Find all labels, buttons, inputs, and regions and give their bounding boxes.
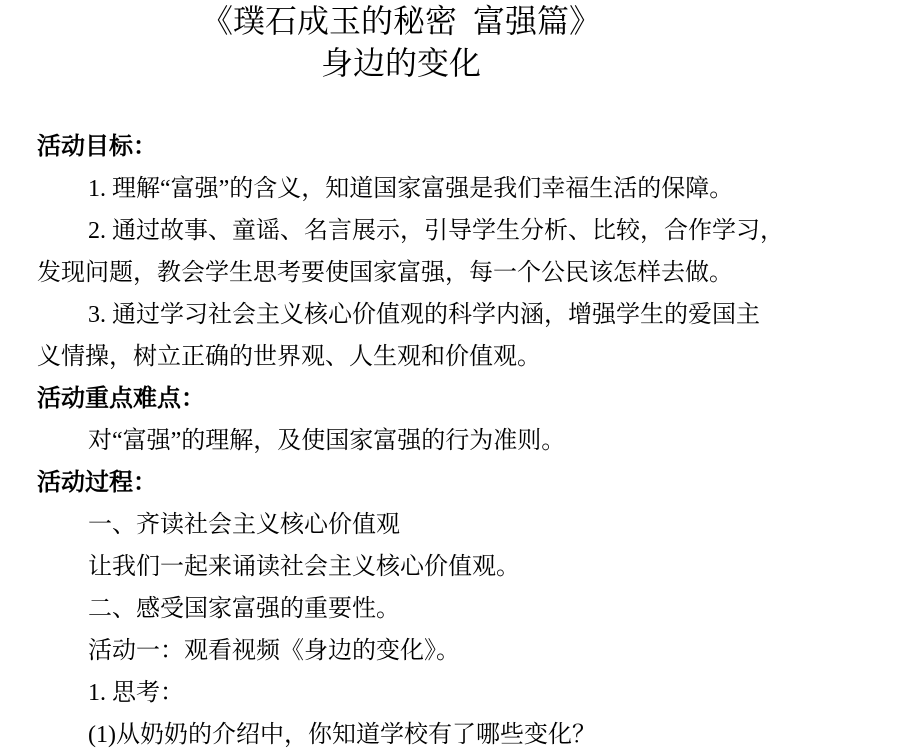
document-title-block: 《璞石成玉的秘密 富强篇》 身边的变化 xyxy=(37,0,765,84)
document-body: 活动目标： 1. 理解“富强”的含义，知道国家富强是我们幸福生活的保障。 2. … xyxy=(37,126,898,754)
document-subtitle: 身边的变化 xyxy=(37,42,765,84)
goal-3-line2: 义情操，树立正确的世界观、人生观和价值观。 xyxy=(37,336,898,378)
process-step-1: 一、齐读社会主义核心价值观 xyxy=(37,504,898,546)
goal-1: 1. 理解“富强”的含义，知道国家富强是我们幸福生活的保障。 xyxy=(37,168,898,210)
heading-key-difficult-points: 活动重点难点： xyxy=(37,378,898,420)
heading-activity-process: 活动过程： xyxy=(37,462,898,504)
activity-1-video: 活动一：观看视频《身边的变化》。 xyxy=(37,630,898,672)
goal-2-line2: 发现问题，教会学生思考要使国家富强，每一个公民该怎样去做。 xyxy=(37,252,898,294)
heading-activity-goals: 活动目标： xyxy=(37,126,898,168)
goal-3-line1: 3. 通过学习社会主义核心价值观的科学内涵，增强学生的爱国主 xyxy=(37,294,898,336)
process-step-2: 二、感受国家富强的重要性。 xyxy=(37,588,898,630)
document-title: 《璞石成玉的秘密 富强篇》 xyxy=(37,0,765,42)
key-points-text: 对“富强”的理解，及使国家富强的行为准则。 xyxy=(37,420,898,462)
document-page: 《璞石成玉的秘密 富强篇》 身边的变化 活动目标： 1. 理解“富强”的含义，知… xyxy=(0,0,898,754)
think-question-1: (1)从奶奶的介绍中，你知道学校有了哪些变化？ xyxy=(37,714,898,754)
goal-2-line1: 2. 通过故事、童谣、名言展示，引导学生分析、比较，合作学习， xyxy=(37,210,898,252)
process-step-1-text: 让我们一起来诵读社会主义核心价值观。 xyxy=(37,546,898,588)
think-prompt: 1. 思考： xyxy=(37,672,898,714)
